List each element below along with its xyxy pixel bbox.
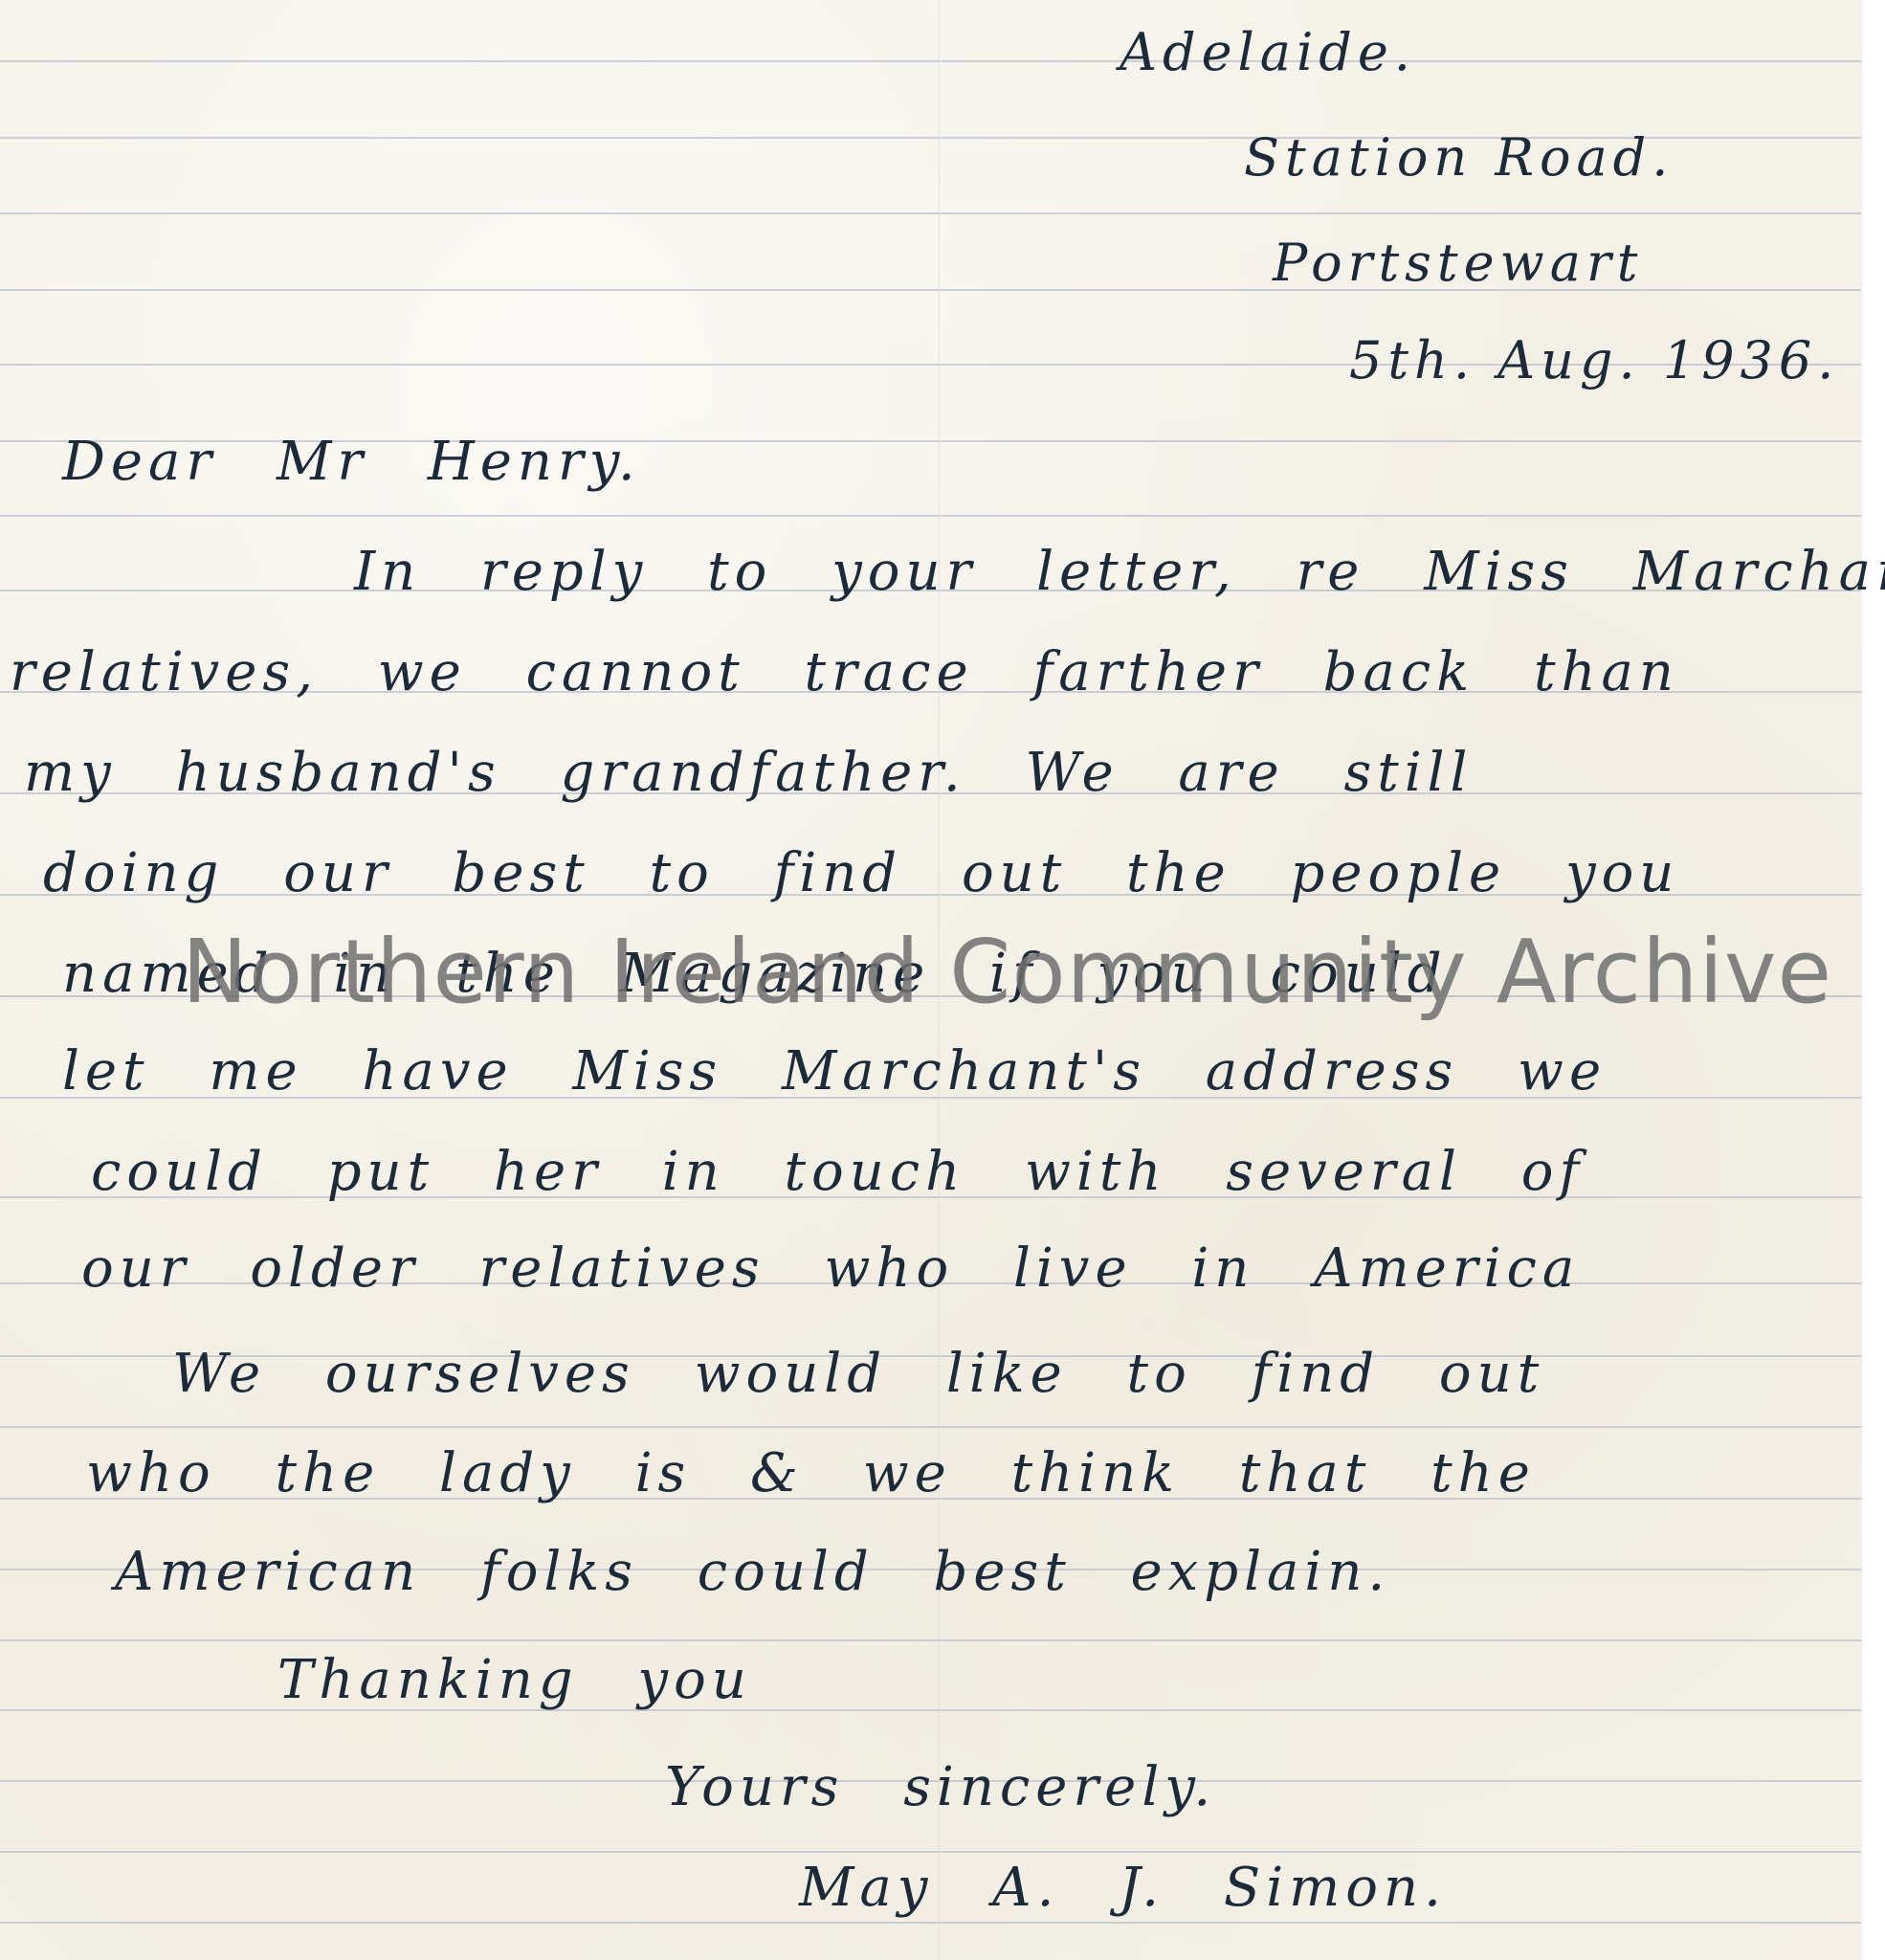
ruled-line [0,60,1861,62]
ruled-line [0,1639,1861,1641]
ruled-line [0,1851,1861,1853]
body-line: doing our best to find out the people yo… [43,847,1679,901]
body-line: could put her in touch with several of [91,1146,1585,1199]
ruled-line [0,515,1861,517]
signature: May A. J. Simon. [799,1861,1447,1915]
body-line: We ourselves would like to find out [172,1347,1544,1401]
ruled-line [0,1922,1861,1924]
body-line: In reply to your letter, re Miss Marchan… [354,546,1885,599]
lined-paper: Adelaide. Station Road. Portstewart 5th.… [0,0,1861,1960]
body-line: American folks could best explain. [115,1546,1390,1599]
body-line: named in the Magazine if you could [62,947,1448,1001]
scanned-letter-page: Adelaide. Station Road. Portstewart 5th.… [0,0,1885,1960]
address-line-town: Portstewart [1273,237,1643,289]
letter-date: 5th. Aug. 1936. [1349,335,1839,387]
address-line-house: Adelaide. [1120,27,1416,78]
salutation: Dear Mr Henry. [62,435,641,489]
closing-thanks: Thanking you [277,1654,752,1707]
ruled-line [0,1426,1861,1428]
valediction: Yours sincerely. [665,1761,1216,1815]
address-line-street: Station Road. [1244,132,1674,184]
ruled-line [0,212,1861,214]
body-line: who the lady is & we think that the [86,1447,1536,1501]
body-line: relatives, we cannot trace farther back … [10,646,1679,700]
body-line: my husband's grandfather. We are still [24,746,1473,800]
body-line: let me have Miss Marchant's address we [62,1045,1607,1099]
body-line: our older relatives who live in America [81,1242,1580,1296]
